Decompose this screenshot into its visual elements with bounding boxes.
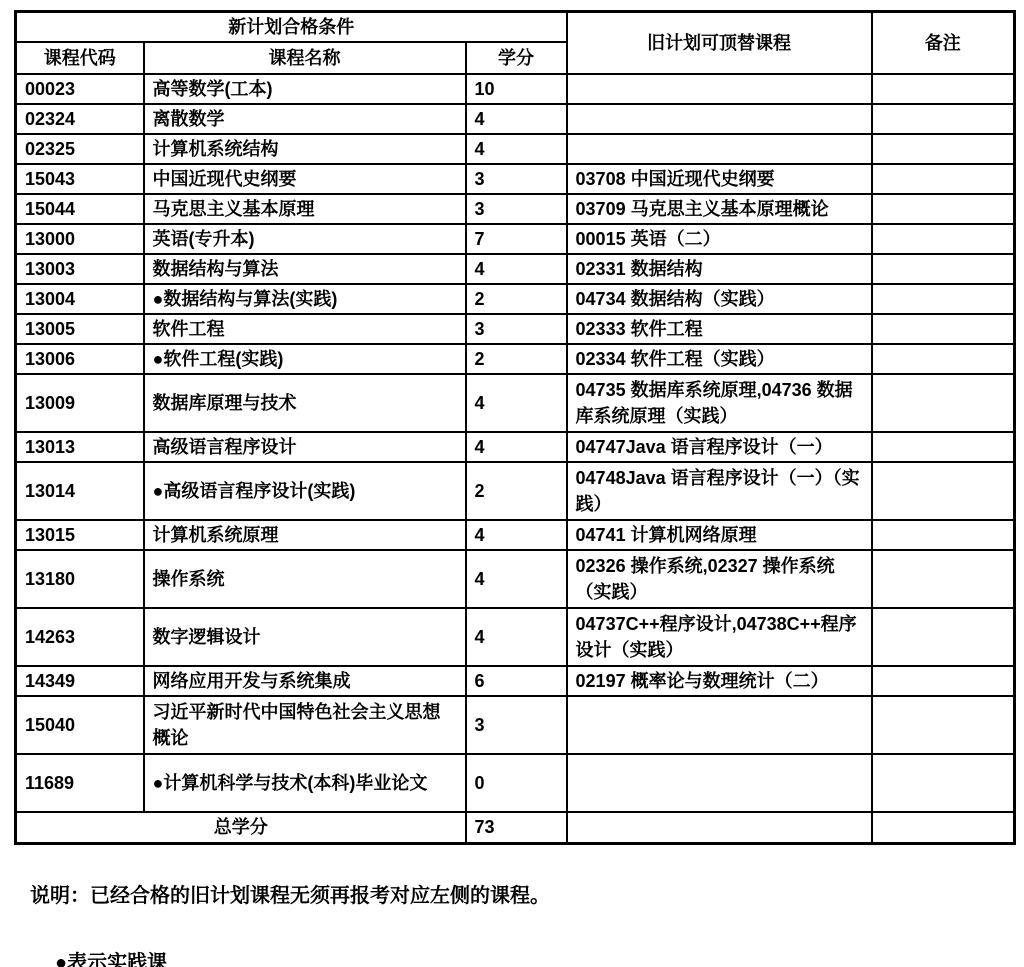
- course-row: 15040 习近平新时代中国特色社会主义思想概论 3: [16, 696, 1015, 754]
- old-plan-cell: 02334 软件工程（实践）: [567, 344, 872, 374]
- remarks-cell: [872, 374, 1015, 432]
- course-code-cell: 14263: [16, 608, 144, 666]
- course-replacement-table: 新计划合格条件 旧计划可顶替课程 备注 课程代码 课程名称 学分 00023 高…: [14, 10, 1016, 845]
- total-old-plan-cell: [567, 812, 872, 843]
- old-plan-cell: 04735 数据库系统原理,04736 数据库系统原理（实践）: [567, 374, 872, 432]
- remarks-cell: [872, 224, 1015, 254]
- course-row: 13006 ●软件工程(实践) 2 02334 软件工程（实践）: [16, 344, 1015, 374]
- old-plan-cell: 04747Java 语言程序设计（一）: [567, 432, 872, 462]
- course-name-cell: 计算机系统原理: [144, 520, 466, 550]
- course-row: 13004 ●数据结构与算法(实践) 2 04734 数据结构（实践）: [16, 284, 1015, 314]
- remarks-cell: [872, 134, 1015, 164]
- course-code-cell: 15040: [16, 696, 144, 754]
- remarks-cell: [872, 254, 1015, 284]
- remarks-cell: [872, 462, 1015, 520]
- course-row: 15043 中国近现代史纲要 3 03708 中国近现代史纲要: [16, 164, 1015, 194]
- table-footer: 总学分 73: [16, 812, 1015, 843]
- credits-cell: 3: [466, 314, 567, 344]
- course-row: 13013 高级语言程序设计 4 04747Java 语言程序设计（一）: [16, 432, 1015, 462]
- remarks-cell: [872, 74, 1015, 104]
- credits-cell: 2: [466, 284, 567, 314]
- course-name-cell: ●计算机科学与技术(本科)毕业论文: [144, 754, 466, 812]
- course-code-cell: 13005: [16, 314, 144, 344]
- course-name-cell: 英语(专升本): [144, 224, 466, 254]
- credits-cell: 6: [466, 666, 567, 696]
- explanation-note: 说明：已经合格的旧计划课程无须再报考对应左侧的课程。: [30, 879, 1024, 908]
- credits-cell: 4: [466, 254, 567, 284]
- remarks-cell: [872, 520, 1015, 550]
- header-new-plan-group: 新计划合格条件: [16, 12, 567, 43]
- remarks-cell: [872, 696, 1015, 754]
- remarks-cell: [872, 666, 1015, 696]
- remarks-cell: [872, 164, 1015, 194]
- remarks-cell: [872, 754, 1015, 812]
- remarks-cell: [872, 432, 1015, 462]
- table-body: 00023 高等数学(工本) 10 02324 离散数学 4 02325 计算机…: [16, 74, 1015, 812]
- course-code-cell: 14349: [16, 666, 144, 696]
- course-name-cell: 计算机系统结构: [144, 134, 466, 164]
- course-name-cell: 离散数学: [144, 104, 466, 134]
- remarks-cell: [872, 194, 1015, 224]
- course-row: 02325 计算机系统结构 4: [16, 134, 1015, 164]
- practice-course-legend: ●表示实践课: [55, 946, 1024, 967]
- course-row: 00023 高等数学(工本) 10: [16, 74, 1015, 104]
- old-plan-cell: 03709 马克思主义基本原理概论: [567, 194, 872, 224]
- header-credits-column: 学分: [466, 42, 567, 74]
- header-course-name-column: 课程名称: [144, 42, 466, 74]
- course-name-cell: 数据库原理与技术: [144, 374, 466, 432]
- course-code-cell: 13015: [16, 520, 144, 550]
- course-name-cell: 网络应用开发与系统集成: [144, 666, 466, 696]
- course-row: 13015 计算机系统原理 4 04741 计算机网络原理: [16, 520, 1015, 550]
- remarks-cell: [872, 550, 1015, 608]
- course-name-cell: 操作系统: [144, 550, 466, 608]
- course-name-cell: 软件工程: [144, 314, 466, 344]
- old-plan-cell: [567, 696, 872, 754]
- course-name-cell: ●软件工程(实践): [144, 344, 466, 374]
- old-plan-cell: 03708 中国近现代史纲要: [567, 164, 872, 194]
- course-code-cell: 13014: [16, 462, 144, 520]
- course-code-cell: 13000: [16, 224, 144, 254]
- credits-cell: 4: [466, 134, 567, 164]
- total-credits-value: 73: [466, 812, 567, 843]
- remarks-cell: [872, 284, 1015, 314]
- old-plan-cell: [567, 134, 872, 164]
- old-plan-cell: 04741 计算机网络原理: [567, 520, 872, 550]
- remarks-cell: [872, 104, 1015, 134]
- credits-cell: 4: [466, 104, 567, 134]
- course-row: 14349 网络应用开发与系统集成 6 02197 概率论与数理统计（二）: [16, 666, 1015, 696]
- header-course-code-column: 课程代码: [16, 42, 144, 74]
- old-plan-cell: 04734 数据结构（实践）: [567, 284, 872, 314]
- old-plan-cell: [567, 74, 872, 104]
- course-code-cell: 02324: [16, 104, 144, 134]
- total-credits-row: 总学分 73: [16, 812, 1015, 843]
- course-code-cell: 13006: [16, 344, 144, 374]
- table-header: 新计划合格条件 旧计划可顶替课程 备注 课程代码 课程名称 学分: [16, 12, 1015, 75]
- course-code-cell: 13004: [16, 284, 144, 314]
- course-name-cell: 数字逻辑设计: [144, 608, 466, 666]
- old-plan-cell: 04748Java 语言程序设计（一）（实践）: [567, 462, 872, 520]
- old-plan-cell: [567, 754, 872, 812]
- credits-cell: 0: [466, 754, 567, 812]
- credits-cell: 4: [466, 550, 567, 608]
- course-name-cell: 中国近现代史纲要: [144, 164, 466, 194]
- course-name-cell: ●高级语言程序设计(实践): [144, 462, 466, 520]
- course-code-cell: 00023: [16, 74, 144, 104]
- course-row: 13003 数据结构与算法 4 02331 数据结构: [16, 254, 1015, 284]
- course-name-cell: 高等数学(工本): [144, 74, 466, 104]
- credits-cell: 4: [466, 374, 567, 432]
- old-plan-cell: 02333 软件工程: [567, 314, 872, 344]
- credits-cell: 4: [466, 520, 567, 550]
- old-plan-cell: 04737C++程序设计,04738C++程序设计（实践）: [567, 608, 872, 666]
- course-name-cell: ●数据结构与算法(实践): [144, 284, 466, 314]
- course-row: 11689 ●计算机科学与技术(本科)毕业论文 0: [16, 754, 1015, 812]
- course-code-cell: 02325: [16, 134, 144, 164]
- course-name-cell: 数据结构与算法: [144, 254, 466, 284]
- remarks-cell: [872, 344, 1015, 374]
- remarks-cell: [872, 608, 1015, 666]
- course-row: 13014 ●高级语言程序设计(实践) 2 04748Java 语言程序设计（一…: [16, 462, 1015, 520]
- course-name-cell: 习近平新时代中国特色社会主义思想概论: [144, 696, 466, 754]
- credits-cell: 2: [466, 462, 567, 520]
- course-row: 15044 马克思主义基本原理 3 03709 马克思主义基本原理概论: [16, 194, 1015, 224]
- course-row: 13000 英语(专升本) 7 00015 英语（二）: [16, 224, 1015, 254]
- course-row: 13009 数据库原理与技术 4 04735 数据库系统原理,04736 数据库…: [16, 374, 1015, 432]
- course-code-cell: 15044: [16, 194, 144, 224]
- credits-cell: 4: [466, 432, 567, 462]
- course-code-cell: 13180: [16, 550, 144, 608]
- old-plan-cell: 02197 概率论与数理统计（二）: [567, 666, 872, 696]
- credits-cell: 3: [466, 164, 567, 194]
- credits-cell: 7: [466, 224, 567, 254]
- old-plan-cell: [567, 104, 872, 134]
- course-row: 13005 软件工程 3 02333 软件工程: [16, 314, 1015, 344]
- document-page: 新计划合格条件 旧计划可顶替课程 备注 课程代码 课程名称 学分 00023 高…: [0, 0, 1024, 967]
- course-code-cell: 15043: [16, 164, 144, 194]
- credits-cell: 3: [466, 194, 567, 224]
- total-remarks-cell: [872, 812, 1015, 843]
- course-code-cell: 11689: [16, 754, 144, 812]
- old-plan-cell: 02326 操作系统,02327 操作系统（实践）: [567, 550, 872, 608]
- credits-cell: 3: [466, 696, 567, 754]
- course-row: 02324 离散数学 4: [16, 104, 1015, 134]
- credits-cell: 10: [466, 74, 567, 104]
- course-code-cell: 13013: [16, 432, 144, 462]
- total-credits-label: 总学分: [16, 812, 466, 843]
- remarks-cell: [872, 314, 1015, 344]
- old-plan-cell: 02331 数据结构: [567, 254, 872, 284]
- credits-cell: 2: [466, 344, 567, 374]
- old-plan-cell: 00015 英语（二）: [567, 224, 872, 254]
- course-code-cell: 13009: [16, 374, 144, 432]
- course-name-cell: 马克思主义基本原理: [144, 194, 466, 224]
- course-name-cell: 高级语言程序设计: [144, 432, 466, 462]
- course-code-cell: 13003: [16, 254, 144, 284]
- header-old-plan-column: 旧计划可顶替课程: [567, 12, 872, 75]
- credits-cell: 4: [466, 608, 567, 666]
- course-row: 14263 数字逻辑设计 4 04737C++程序设计,04738C++程序设计…: [16, 608, 1015, 666]
- course-row: 13180 操作系统 4 02326 操作系统,02327 操作系统（实践）: [16, 550, 1015, 608]
- header-remarks-column: 备注: [872, 12, 1015, 75]
